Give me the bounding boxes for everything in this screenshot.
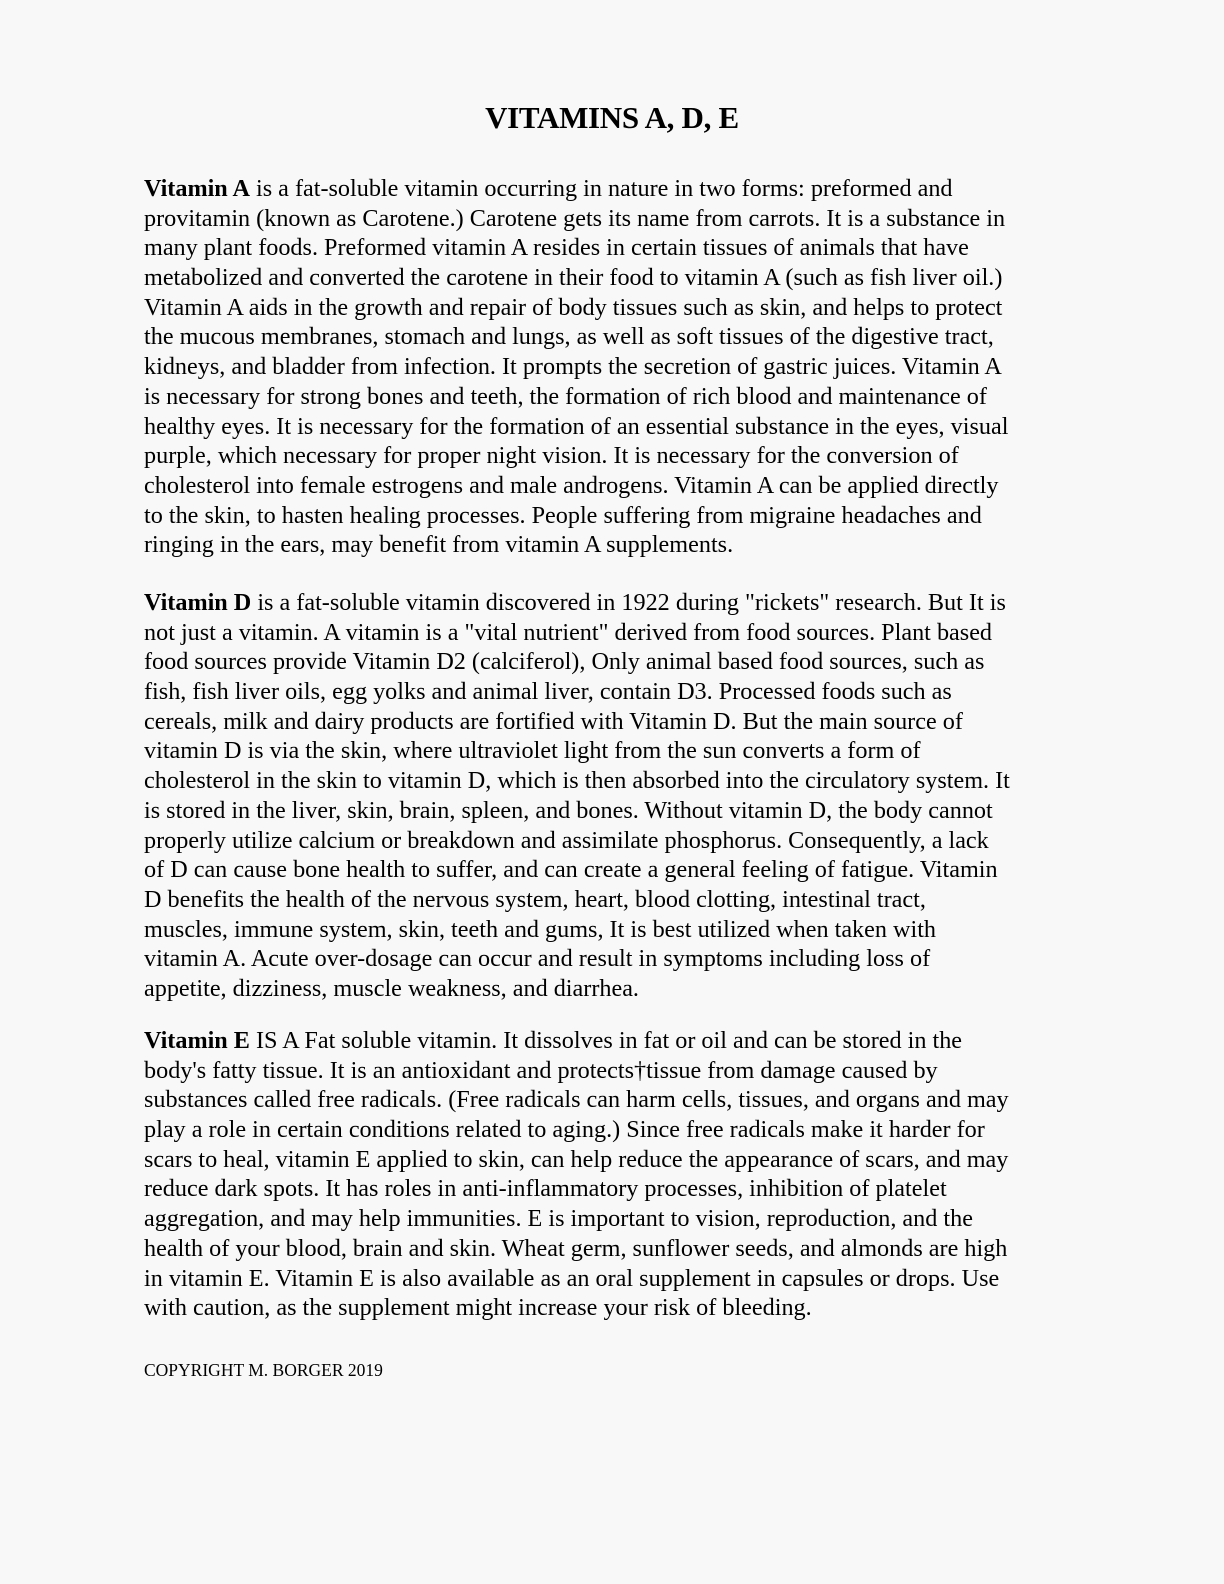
paragraph-line: of D can cause bone health to suffer, an…	[144, 855, 1084, 885]
vitamin-d-heading: Vitamin D	[144, 589, 251, 616]
paragraph-line: vitamin A. Acute over-dosage can occur a…	[144, 944, 1084, 974]
vitamin-a-heading: Vitamin A	[144, 175, 250, 202]
paragraph-line: substances called free radicals. (Free r…	[144, 1085, 1084, 1115]
paragraph-line: Vitamin E IS A Fat soluble vitamin. It d…	[144, 1026, 1084, 1056]
vitamin-a-paragraph: Vitamin A is a fat-soluble vitamin occur…	[144, 174, 1084, 560]
paragraph-line: D benefits the health of the nervous sys…	[144, 885, 1084, 915]
paragraph-line: in vitamin E. Vitamin E is also availabl…	[144, 1264, 1084, 1294]
paragraph-line: scars to heal, vitamin E applied to skin…	[144, 1145, 1084, 1175]
paragraph-line: with caution, as the supplement might in…	[144, 1293, 1084, 1323]
paragraph-line: provitamin (known as Carotene.) Carotene…	[144, 204, 1084, 234]
line-text: IS A Fat soluble vitamin. It dissolves i…	[250, 1027, 962, 1054]
paragraph-line: health of your blood, brain and skin. Wh…	[144, 1234, 1084, 1264]
vitamin-e-paragraph: Vitamin E IS A Fat soluble vitamin. It d…	[144, 1026, 1084, 1323]
page-title: VITAMINS A, D, E	[0, 98, 1224, 138]
paragraph-line: aggregation, and may help immunities. E …	[144, 1204, 1084, 1234]
paragraph-line: ringing in the ears, may benefit from vi…	[144, 530, 1084, 560]
paragraph-line: many plant foods. Preformed vitamin A re…	[144, 233, 1084, 263]
vitamin-d-paragraph: Vitamin D is a fat-soluble vitamin disco…	[144, 588, 1084, 1004]
paragraph-line: play a role in certain conditions relate…	[144, 1115, 1084, 1145]
paragraph-line: Vitamin A is a fat-soluble vitamin occur…	[144, 174, 1084, 204]
paragraph-line: muscles, immune system, skin, teeth and …	[144, 915, 1084, 945]
paragraph-line: Vitamin D is a fat-soluble vitamin disco…	[144, 588, 1084, 618]
paragraph-line: cholesterol into female estrogens and ma…	[144, 471, 1084, 501]
paragraph-line: kidneys, and bladder from infection. It …	[144, 352, 1084, 382]
paragraph-line: food sources provide Vitamin D2 (calcife…	[144, 647, 1084, 677]
paragraph-line: cholesterol in the skin to vitamin D, wh…	[144, 766, 1084, 796]
paragraph-line: cereals, milk and dairy products are for…	[144, 707, 1084, 737]
paragraph-line: is stored in the liver, skin, brain, spl…	[144, 796, 1084, 826]
paragraph-line: metabolized and converted the carotene i…	[144, 263, 1084, 293]
paragraph-line: body's fatty tissue. It is an antioxidan…	[144, 1056, 1084, 1086]
paragraph-line: is necessary for strong bones and teeth,…	[144, 382, 1084, 412]
paragraph-line: the mucous membranes, stomach and lungs,…	[144, 322, 1084, 352]
paragraph-line: purple, which necessary for proper night…	[144, 441, 1084, 471]
vitamin-e-heading: Vitamin E	[144, 1027, 250, 1054]
paragraph-line: vitamin D is via the skin, where ultravi…	[144, 736, 1084, 766]
paragraph-line: reduce dark spots. It has roles in anti-…	[144, 1174, 1084, 1204]
paragraph-line: healthy eyes. It is necessary for the fo…	[144, 412, 1084, 442]
paragraph-line: Vitamin A aids in the growth and repair …	[144, 293, 1084, 323]
paragraph-line: to the skin, to hasten healing processes…	[144, 501, 1084, 531]
line-text: is a fat-soluble vitamin occurring in na…	[250, 175, 953, 202]
copyright-notice: COPYRIGHT M. BORGER 2019	[144, 1359, 383, 1381]
line-text: is a fat-soluble vitamin discovered in 1…	[251, 589, 1006, 616]
paragraph-line: properly utilize calcium or breakdown an…	[144, 826, 1084, 856]
paragraph-line: appetite, dizziness, muscle weakness, an…	[144, 974, 1084, 1004]
paragraph-line: fish, fish liver oils, egg yolks and ani…	[144, 677, 1084, 707]
paragraph-line: not just a vitamin. A vitamin is a "vita…	[144, 618, 1084, 648]
